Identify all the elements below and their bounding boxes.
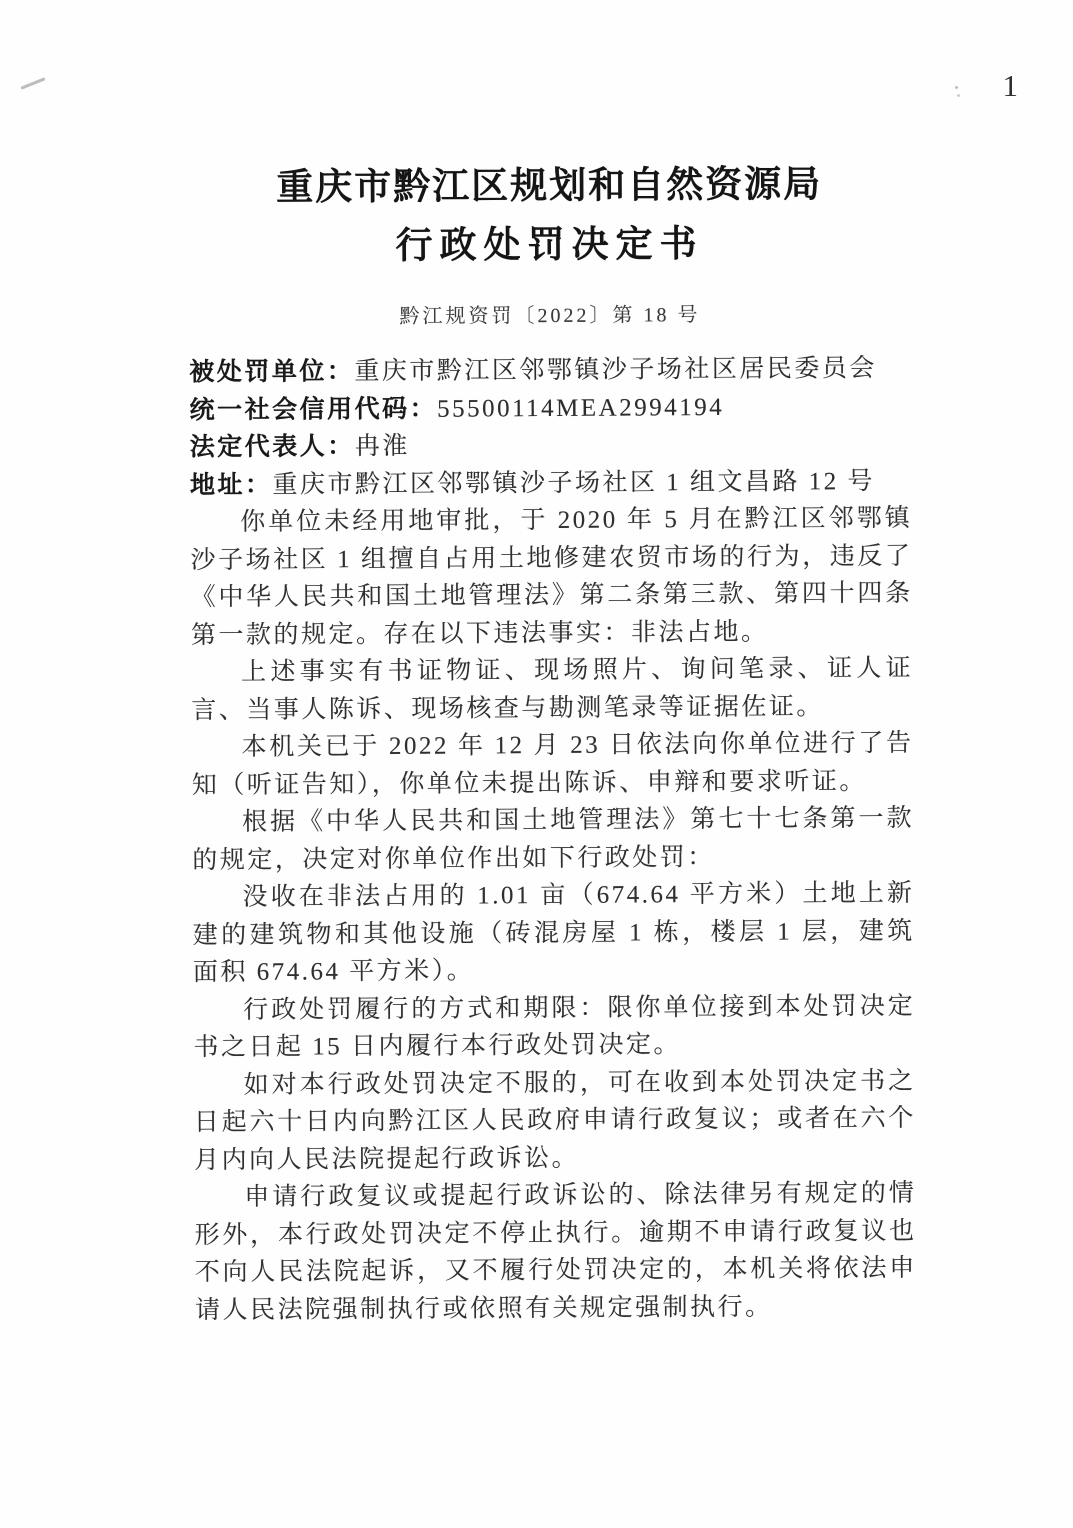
paragraph-enforcement: 申请行政复议或提起行政诉讼的、除法律另有规定的情形外，本行政处罚决定不停止执行。… <box>194 1175 917 1329</box>
issuing-authority: 重庆市黔江区规划和自然资源局 <box>188 156 910 216</box>
document-title: 重庆市黔江区规划和自然资源局 行政处罚决定书 <box>188 156 911 275</box>
meta-row-credit-code: 统一社会信用代码：55500114MEA2994194 <box>189 387 911 429</box>
meta-row-punished-unit: 被处罚单位：重庆市黔江区邻鄂镇沙子场社区居民委员会 <box>189 350 911 392</box>
paragraph-deadline: 行政处罚履行的方式和期限：限你单位接到本处罚决定书之日起 15 日内履行本行政处… <box>193 987 915 1066</box>
document-body: 重庆市黔江区规划和自然资源局 行政处罚决定书 黔江规资罚〔2022〕第 18 号… <box>188 156 917 1329</box>
meta-label: 地址： <box>190 470 273 499</box>
document-number: 黔江规资罚〔2022〕第 18 号 <box>189 297 911 330</box>
meta-value: 重庆市黔江区邻鄂镇沙子场社区 1 组文昌路 12 号 <box>272 468 875 499</box>
paragraph-appeal-rights: 如对本行政处罚决定不服的，可在收到本处罚决定书之日起六十日内向黔江区人民政府申请… <box>194 1062 917 1179</box>
meta-label: 被处罚单位： <box>189 357 354 386</box>
meta-value: 冉淮 <box>355 433 410 460</box>
paragraph-legal-basis: 根据《中华人民共和国土地管理法》第七十七条第一款的规定，决定对你单位作出如下行政… <box>192 800 914 879</box>
scanned-document-page: 1 重庆市黔江区规划和自然资源局 行政处罚决定书 黔江规资罚〔2022〕第 18… <box>0 0 1073 1528</box>
meta-value: 重庆市黔江区邻鄂镇沙子场社区居民委员会 <box>354 355 877 385</box>
page-number: 1 <box>1003 68 1019 104</box>
meta-row-address: 地址：重庆市黔江区邻鄂镇沙子场社区 1 组文昌路 12 号 <box>190 462 912 504</box>
meta-value: 55500114MEA2994194 <box>437 393 724 422</box>
paragraph-notification: 本机关已于 2022 年 12 月 23 日依法向你单位进行了告知（听证告知），… <box>191 725 913 804</box>
meta-label: 法定代表人： <box>190 432 355 461</box>
meta-row-legal-representative: 法定代表人：冉淮 <box>190 425 912 467</box>
meta-label: 统一社会信用代码： <box>189 394 437 424</box>
document-text: 被处罚单位：重庆市黔江区邻鄂镇沙子场社区居民委员会 统一社会信用代码：55500… <box>189 350 917 1329</box>
paragraph-violation-facts: 你单位未经用地审批，于 2020 年 5 月在黔江区邻鄂镇沙子场社区 1 组擅自… <box>190 500 913 654</box>
scan-speck <box>955 86 958 89</box>
pen-mark <box>20 77 45 90</box>
paragraph-penalty-decision: 没收在非法占用的 1.01 亩（674.64 平方米）土地上新建的建筑物和其他设… <box>192 875 915 992</box>
paragraph-evidence: 上述事实有书证物证、现场照片、询问笔录、证人证言、当事人陈诉、现场核查与勘测笔录… <box>191 650 913 729</box>
document-type: 行政处罚决定书 <box>188 215 910 275</box>
